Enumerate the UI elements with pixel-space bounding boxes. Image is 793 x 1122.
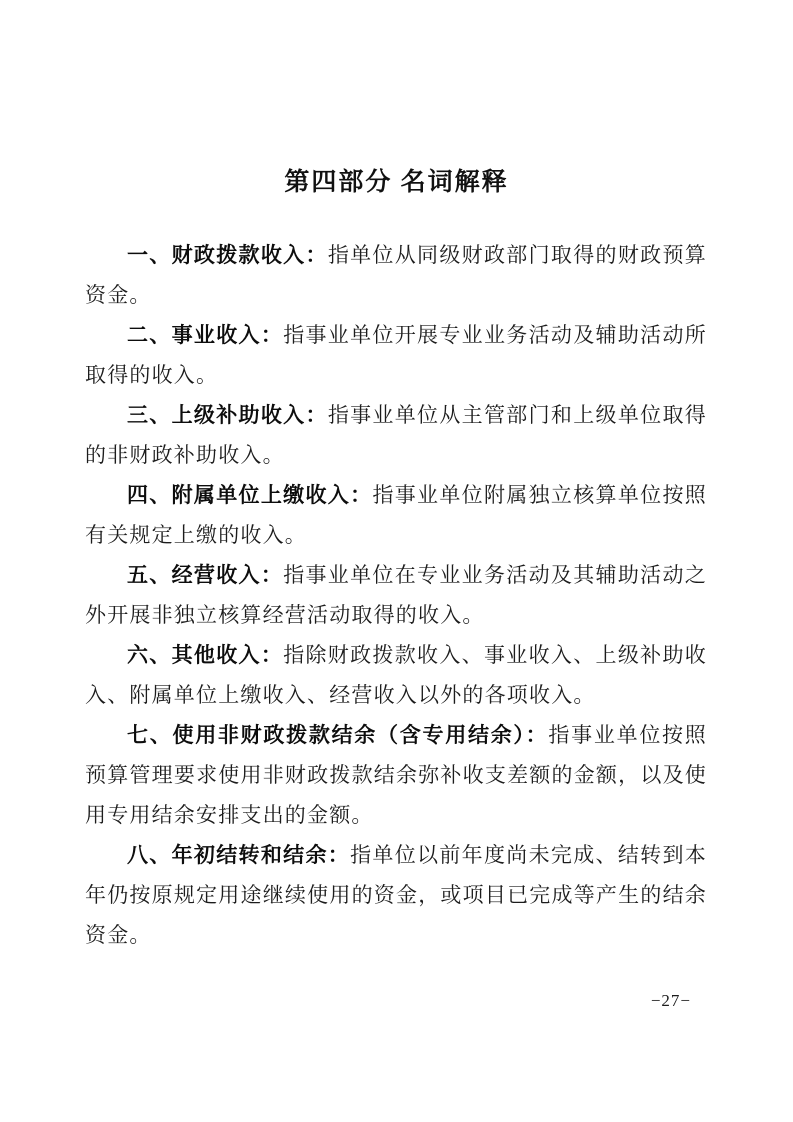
definition-item: 八、年初结转和结余：指单位以前年度尚未完成、结转到本年仍按原规定用途继续使用的资… xyxy=(85,835,707,955)
page-number: −27− xyxy=(651,991,691,1011)
definition-item: 二、事业收入：指事业单位开展专业业务活动及辅助活动所取得的收入。 xyxy=(85,315,707,395)
definition-item: 六、其他收入：指除财政拨款收入、事业收入、上级补助收入、附属单位上缴收入、经营收… xyxy=(85,635,707,715)
term-label: 四、附属单位上缴收入： xyxy=(127,483,372,507)
term-label: 六、其他收入： xyxy=(127,643,283,667)
term-label: 一、财政拨款收入： xyxy=(127,243,328,267)
page-title: 第四部分 名词解释 xyxy=(0,0,793,198)
definition-item: 四、附属单位上缴收入：指事业单位附属独立核算单位按照有关规定上缴的收入。 xyxy=(85,475,707,555)
definition-item: 七、使用非财政拨款结余（含专用结余）：指事业单位按照预算管理要求使用非财政拨款结… xyxy=(85,715,707,835)
document-page: 第四部分 名词解释 一、财政拨款收入：指单位从同级财政部门取得的财政预算资金。 … xyxy=(0,0,793,1122)
term-label: 七、使用非财政拨款结余（含专用结余）： xyxy=(127,723,548,747)
definition-item: 五、经营收入：指事业单位在专业业务活动及其辅助活动之外开展非独立核算经营活动取得… xyxy=(85,555,707,635)
definition-item: 三、上级补助收入：指事业单位从主管部门和上级单位取得的非财政补助收入。 xyxy=(85,395,707,475)
definition-item: 一、财政拨款收入：指单位从同级财政部门取得的财政预算资金。 xyxy=(85,235,707,315)
definition-list: 一、财政拨款收入：指单位从同级财政部门取得的财政预算资金。 二、事业收入：指事业… xyxy=(85,235,707,955)
term-label: 五、经营收入： xyxy=(127,563,283,587)
term-label: 二、事业收入： xyxy=(127,323,283,347)
term-label: 八、年初结转和结余： xyxy=(127,843,350,867)
term-label: 三、上级补助收入： xyxy=(127,403,328,427)
